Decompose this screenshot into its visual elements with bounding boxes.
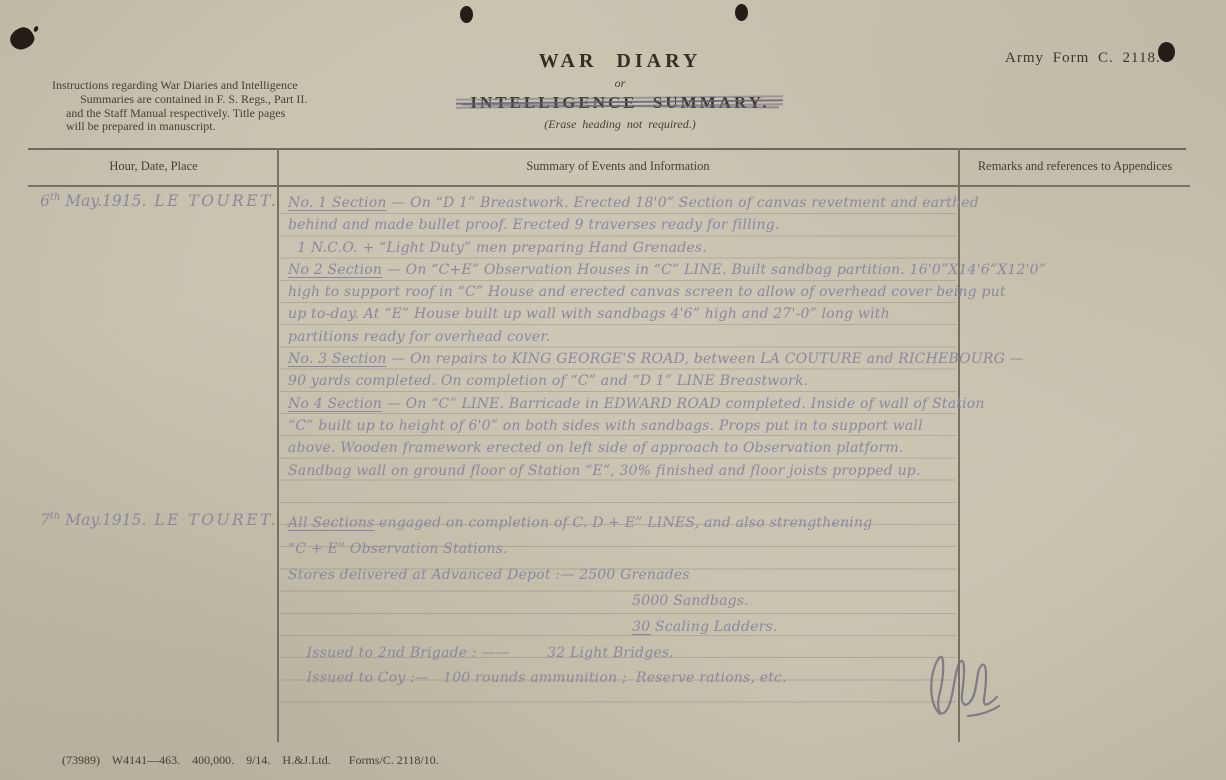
instructions-line: and the Staff Manual respectively. Title… — [52, 107, 382, 121]
form-title: WAR DIARY — [380, 50, 860, 73]
summary-line: behind and made bullet proof. Erected 9 … — [288, 214, 958, 236]
instructions-line: Instructions regarding War Diaries and I… — [52, 79, 382, 93]
ink-blot-icon — [7, 25, 37, 53]
summary-line: No. 3 Section — On repairs to KING GEORG… — [288, 348, 958, 370]
title-block: WAR DIARY or INTELLIGENCE SUMMARY. (Eras… — [380, 50, 860, 132]
column-divider — [277, 148, 279, 742]
summary-line: “C” built up to height of 6'0” on both s… — [288, 415, 958, 437]
summary-line: 90 yards completed. On completion of “C”… — [288, 370, 958, 392]
form-title-or: or — [380, 76, 860, 91]
signature-initials — [912, 642, 1004, 726]
summary-line: 5000 Sandbags. — [288, 589, 958, 615]
instructions-block: Instructions regarding War Diaries and I… — [52, 79, 382, 134]
column-header-hour-date-place: Hour, Date, Place — [30, 159, 277, 174]
entry-date: 7th May.1915.LE TOURET. — [40, 511, 278, 529]
erase-heading-note: (Erase heading not required.) — [380, 117, 860, 132]
summary-line: No. 1 Section — On “D 1” Breastwork. Ere… — [288, 192, 958, 214]
summary-line: 30 Scaling Ladders. — [288, 615, 958, 641]
summary-line: high to support roof in “C” House and er… — [288, 281, 958, 303]
summary-line: Sandbag wall on ground floor of Station … — [288, 460, 958, 482]
punch-hole-icon — [735, 4, 748, 21]
summary-line: above. Wooden framework erected on left … — [288, 437, 958, 459]
summary-line: Stores delivered at Advanced Depot :— 25… — [288, 563, 958, 589]
instructions-line: Summaries are contained in F. S. Regs., … — [52, 93, 382, 107]
entry-place: LE TOURET. — [154, 192, 278, 210]
form-footer-imprint: (73989) W4141—463. 400,000. 9/14. H.&J.L… — [62, 753, 439, 768]
army-form-number: Army Form C. 2118. — [1005, 50, 1161, 67]
ink-blot-icon — [33, 25, 39, 32]
entry-place: LE TOURET. — [154, 511, 278, 529]
summary-line: All Sections engaged on completion of C.… — [288, 511, 958, 537]
column-header-summary: Summary of Events and Information — [278, 159, 958, 174]
entry-date: 6th May.1915.LE TOURET. — [40, 192, 278, 210]
table-top-rule — [28, 148, 1186, 150]
summary-line: Issued to Coy :— 100 rounds ammunition ;… — [288, 666, 958, 692]
summary-line: Issued to 2nd Brigade : —— 32 Light Brid… — [288, 641, 958, 667]
table-header-rule — [28, 185, 1190, 187]
punch-hole-icon — [460, 6, 473, 23]
war-diary-page: Instructions regarding War Diaries and I… — [0, 0, 1226, 780]
column-header-remarks: Remarks and references to Appendices — [959, 159, 1191, 174]
summary-line: No 4 Section — On “C” LINE. Barricade in… — [288, 393, 958, 415]
form-title-alt-struck: INTELLIGENCE SUMMARY. — [470, 93, 769, 113]
summary-line: No 2 Section — On “C+E” Observation Hous… — [288, 259, 958, 281]
entry-summary: No. 1 Section — On “D 1” Breastwork. Ere… — [288, 192, 958, 482]
summary-line: partitions ready for overhead cover. — [288, 326, 958, 348]
summary-line: up to-day. At “E” House built up wall wi… — [288, 303, 958, 325]
entry-summary: All Sections engaged on completion of C.… — [288, 511, 958, 692]
summary-line: “C + E” Observation Stations. — [288, 537, 958, 563]
summary-line: 1 N.C.O. + “Light Duty” men preparing Ha… — [288, 237, 958, 259]
instructions-line: will be prepared in manuscript. — [52, 120, 382, 134]
